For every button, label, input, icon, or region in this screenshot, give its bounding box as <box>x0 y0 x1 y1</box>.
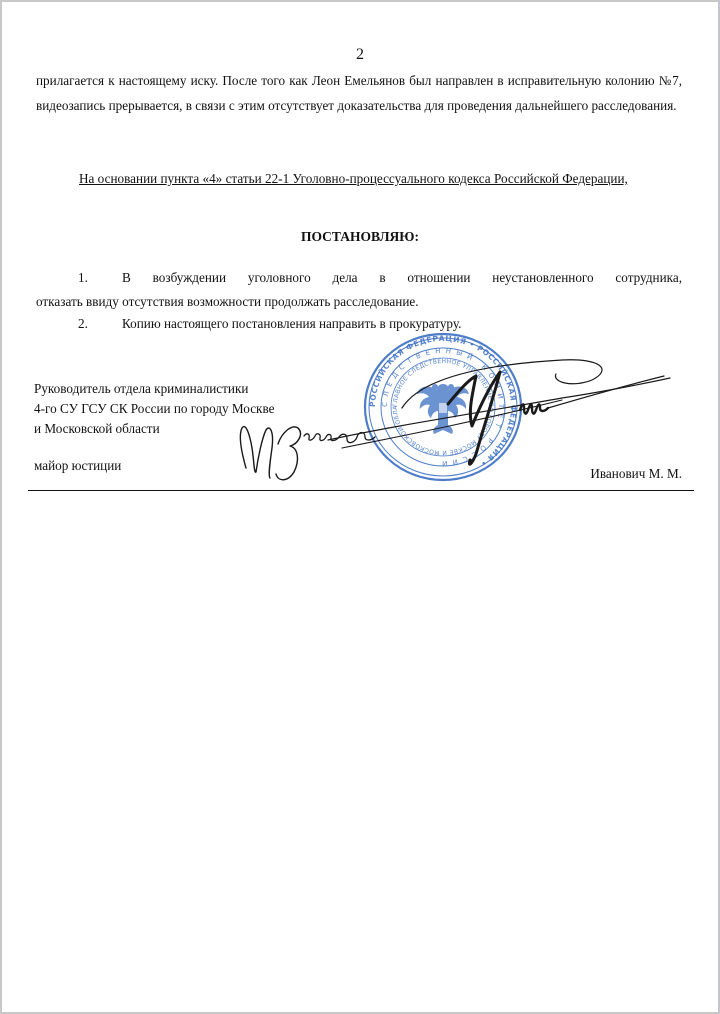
signer-rank: майор юстиции <box>34 458 121 474</box>
decree-heading: ПОСТАНОВЛЯЮ: <box>2 229 718 245</box>
signature-divider <box>28 490 694 491</box>
decree-item-1-continuation: отказать ввиду отсутствия возможности пр… <box>36 294 419 309</box>
decree-item-number: 2. <box>78 312 122 336</box>
decree-item-number: 1. <box>78 266 122 290</box>
decree-item-1-first-line: 1.В возбуждении уголовного дела в отноше… <box>36 266 682 290</box>
decree-item-1: 1.В возбуждении уголовного дела в отноше… <box>36 266 682 314</box>
handwritten-signature-icon <box>232 336 682 486</box>
signer-name: Иванович М. М. <box>590 466 682 482</box>
page-number: 2 <box>2 46 718 64</box>
document-page: 2 прилагается к настоящему иску. После т… <box>0 0 720 1014</box>
legal-basis: На основании пункта «4» статьи 22-1 Угол… <box>79 169 682 189</box>
decree-item-text: Копию настоящего постановления направить… <box>122 316 461 331</box>
paragraph-continuation: прилагается к настоящему иску. После тог… <box>36 69 682 118</box>
decree-item-text: В возбуждении уголовного дела в отношени… <box>122 270 682 285</box>
